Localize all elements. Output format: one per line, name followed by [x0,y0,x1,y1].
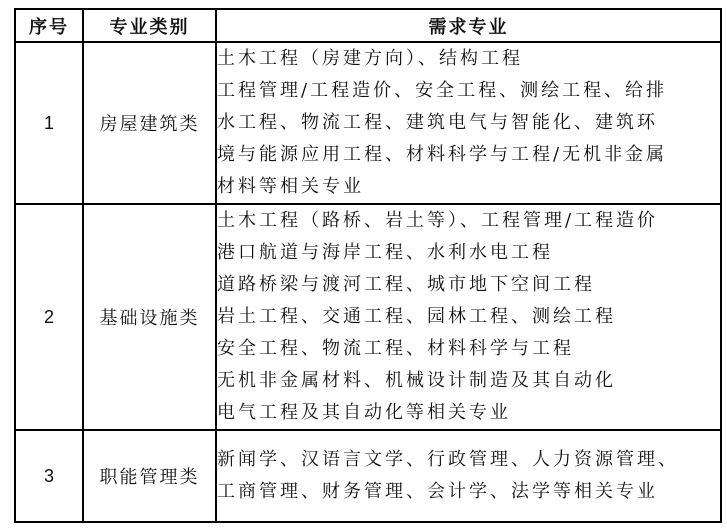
header-row: 序号 专业类别 需求专业 [15,9,721,42]
majors-line: 工商管理、财务管理、会计学、法学等相关专业 [217,476,720,508]
row-index: 2 [15,204,83,430]
header-index: 序号 [15,9,83,42]
majors-line: 无机非金属材料、机械设计制造及其自动化 [217,365,720,397]
majors-line: 土木工程（房建方向）、结构工程 [217,43,720,75]
majors-requirement-table: 序号 专业类别 需求专业 1 房屋建筑类 土木工程（房建方向）、结构工程 工程管… [14,8,722,523]
row-index: 3 [15,430,83,522]
table-row: 2 基础设施类 土木工程（路桥、岩土等）、工程管理/工程造价 港口航道与海岸工程… [15,204,721,430]
majors-line: 道路桥梁与渡河工程、城市地下空间工程 [217,269,720,301]
majors-line: 岩土工程、交通工程、园林工程、测绘工程 [217,301,720,333]
row-category: 房屋建筑类 [83,42,216,204]
row-majors: 新闻学、汉语言文学、行政管理、人力资源管理、 工商管理、财务管理、会计学、法学等… [216,430,721,522]
majors-line: 安全工程、物流工程、材料科学与工程 [217,333,720,365]
header-category: 专业类别 [83,9,216,42]
majors-line: 电气工程及其自动化等相关专业 [217,397,720,429]
row-category: 职能管理类 [83,430,216,522]
majors-line: 水工程、物流工程、建筑电气与智能化、建筑环 [217,107,720,139]
majors-line: 材料等相关专业 [217,171,720,203]
majors-line: 土木工程（路桥、岩土等）、工程管理/工程造价 [217,205,720,237]
row-index: 1 [15,42,83,204]
table-row: 1 房屋建筑类 土木工程（房建方向）、结构工程 工程管理/工程造价、安全工程、测… [15,42,721,204]
row-majors: 土木工程（路桥、岩土等）、工程管理/工程造价 港口航道与海岸工程、水利水电工程 … [216,204,721,430]
row-category: 基础设施类 [83,204,216,430]
row-majors: 土木工程（房建方向）、结构工程 工程管理/工程造价、安全工程、测绘工程、给排 水… [216,42,721,204]
header-majors: 需求专业 [216,9,721,42]
majors-line: 境与能源应用工程、材料科学与工程/无机非金属 [217,139,720,171]
table-row: 3 职能管理类 新闻学、汉语言文学、行政管理、人力资源管理、 工商管理、财务管理… [15,430,721,522]
majors-line: 新闻学、汉语言文学、行政管理、人力资源管理、 [217,444,720,476]
majors-line: 港口航道与海岸工程、水利水电工程 [217,237,720,269]
majors-line: 工程管理/工程造价、安全工程、测绘工程、给排 [217,75,720,107]
